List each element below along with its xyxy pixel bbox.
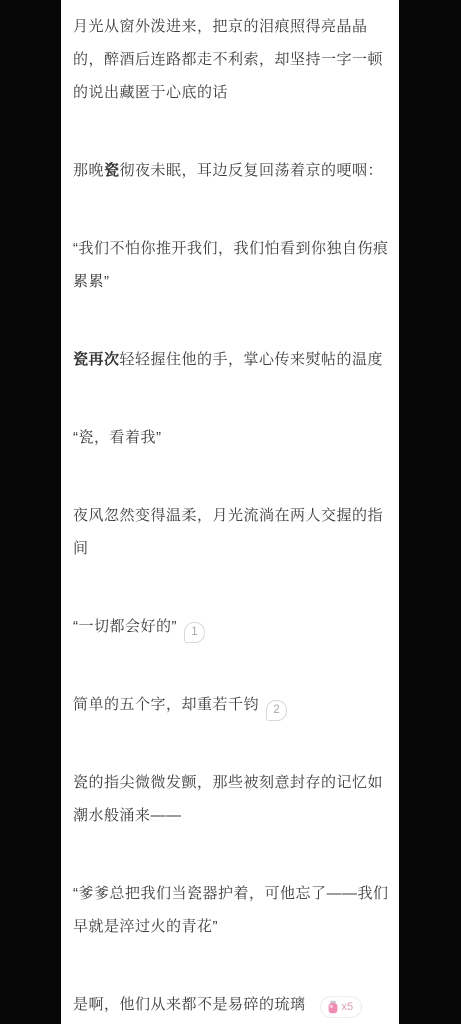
paragraph-text: “一切都会好的”1 xyxy=(73,610,391,643)
paragraph-text: 是啊，他们从来都不是易碎的琉璃x5 xyxy=(73,988,391,1021)
paragraph-text: 瓷的指尖微微发颤，那些被刻意封存的记忆如潮水般涌来—— xyxy=(73,766,391,832)
paragraph-text: “我们不怕你推开我们，我们怕看到你独自伤痕累累” xyxy=(73,232,391,298)
paragraph-run: 那晚 xyxy=(73,162,104,179)
paragraph-text: 简单的五个字，却重若千钧2 xyxy=(73,688,391,721)
paragraph-run: “瓷，看着我” xyxy=(73,429,162,446)
reader-page[interactable]: 月光从窗外泼进来，把京的泪痕照得亮晶晶的，醉酒后连路都走不利索，却坚持一字一顿的… xyxy=(61,0,399,1024)
paragraph-text: 夜风忽然变得温柔，月光流淌在两人交握的指间 xyxy=(73,499,391,565)
paragraph-text: “瓷，看着我” xyxy=(73,421,391,454)
paragraph-run: 彻夜未眠，耳边反复回荡着京的哽咽： xyxy=(120,162,384,179)
reader-frame: 月光从窗外泼进来，把京的泪痕照得亮晶晶的，醉酒后连路都走不利索，却坚持一字一顿的… xyxy=(0,0,461,1024)
paragraph-run: 月光从窗外泼进来，把京的泪痕照得亮晶晶的，醉酒后连路都走不利索，却坚持一字一顿的… xyxy=(73,18,383,101)
paragraph-text: 那晚瓷彻夜未眠，耳边反复回荡着京的哽咽： xyxy=(73,154,391,187)
paragraph-run: “一切都会好的” xyxy=(73,618,177,635)
paragraph-run: 简单的五个字，却重若千钧 xyxy=(73,696,259,713)
chapter-content: 月光从窗外泼进来，把京的泪痕照得亮晶晶的，醉酒后连路都走不利索，却坚持一字一顿的… xyxy=(61,0,399,1021)
paragraph-text: 瓷再次轻轻握住他的手，掌心传来熨帖的温度 xyxy=(73,343,391,376)
paragraph-run: 轻轻握住他的手，掌心传来熨帖的温度 xyxy=(120,351,384,368)
paragraph-run: 瓷的指尖微微发颤，那些被刻意封存的记忆如潮水般涌来—— xyxy=(73,774,383,824)
reaction-count-label: x5 xyxy=(342,997,354,1017)
paragraph-run: 是啊，他们从来都不是易碎的琉璃 xyxy=(73,996,306,1013)
gift-jar-icon xyxy=(326,1000,340,1014)
paragraph-text: 月光从窗外泼进来，把京的泪痕照得亮晶晶的，醉酒后连路都走不利索，却坚持一字一顿的… xyxy=(73,10,391,109)
paragraph-run: “爹爹总把我们当瓷器护着，可他忘了——我们早就是淬过火的青花” xyxy=(73,885,389,935)
paragraph-bold-run: 瓷再次 xyxy=(73,351,120,368)
paragraph-comment-badge[interactable]: 2 xyxy=(266,700,287,721)
paragraph-run: “我们不怕你推开我们，我们怕看到你独自伤痕累累” xyxy=(73,240,389,290)
paragraph-run: 夜风忽然变得温柔，月光流淌在两人交握的指间 xyxy=(73,507,383,557)
paragraph-text: “爹爹总把我们当瓷器护着，可他忘了——我们早就是淬过火的青花” xyxy=(73,877,391,943)
paragraph-reaction-pill[interactable]: x5 xyxy=(320,996,363,1018)
paragraph-comment-badge[interactable]: 1 xyxy=(184,622,205,643)
paragraph-bold-run: 瓷 xyxy=(104,162,120,179)
